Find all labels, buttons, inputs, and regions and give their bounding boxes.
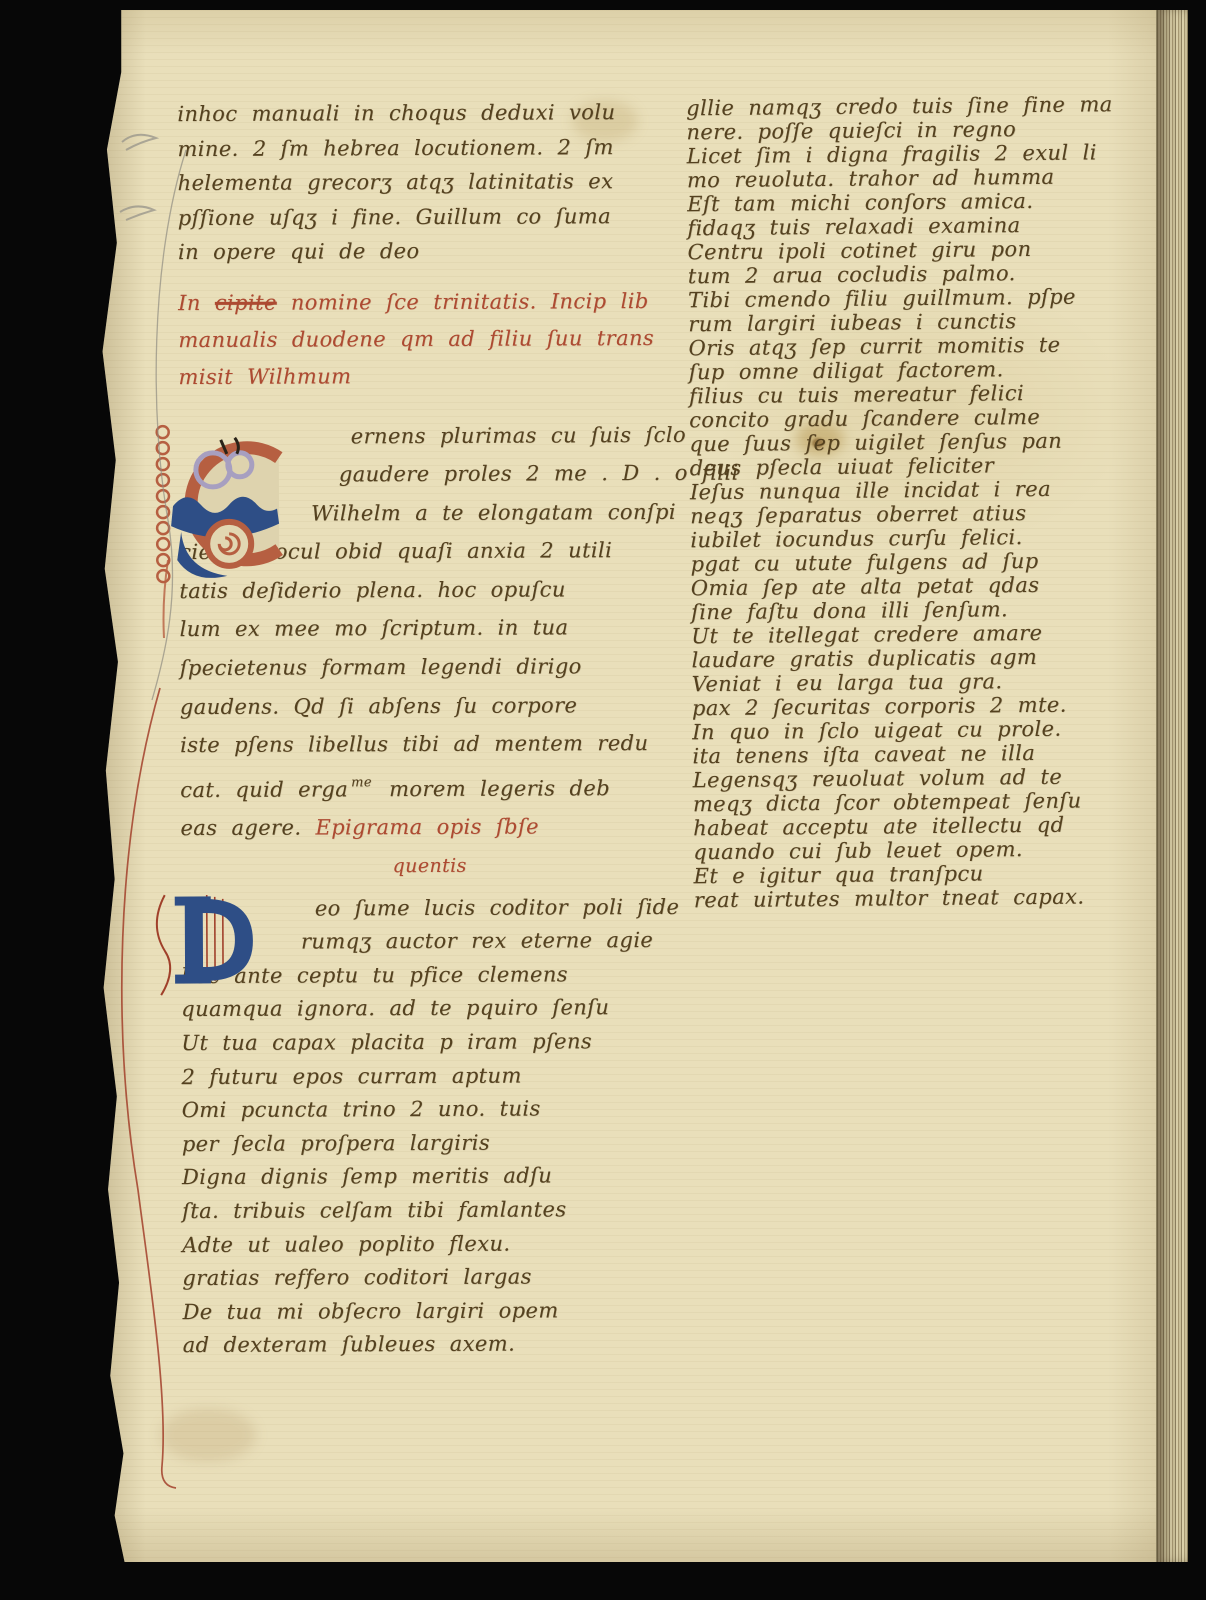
body-text: mine. 2 ſm hebrea locutionem. 2 ſm [177,135,613,161]
text-line: inhoc manuali in choqus deduxi volu [177,95,667,132]
body-text: Wilhelm a te elongatam conſpi [311,500,676,526]
body-text: me [351,775,372,790]
body-text: eas agere. [180,816,315,841]
right-text-column: gllie namqʒ credo tuis ſine fine manere.… [686,92,1172,913]
body-text: pgat cu utute fulgens ad ſup [690,549,1038,576]
body-text: Legensqʒ reuoluat volum ad te [693,765,1063,793]
text-line: Ut tua capax placita p iram pſens [181,1025,671,1061]
ornate-initial-c-icon [149,417,302,594]
body-text: quamqua ignora. ad te pquiro ſenſu [181,996,609,1022]
body-text: gaudens. Qd ſi abſens ſu corpore [180,693,578,719]
text-line: gaudens. Qd ſi abſens ſu corpore [180,686,670,727]
text-line: pſſione uſqʒ i fine. Guillum co ſuma [178,198,668,235]
text-line: cat. quid ergame morem legeris deb [180,763,670,810]
text-line: quentis [181,846,671,887]
body-text: Et e igitur qua tranſpcu [693,861,983,888]
text-line: eas agere. Epigrama opis ſbſe [180,807,670,848]
block-verses: gllie namqʒ credo tuis ſine fine manere.… [686,92,1172,913]
body-text: Tibi cmendo filiu guillmum. pſpe [688,285,1076,313]
text-line: misit Wilhmum [178,356,668,395]
text-line: Digna dignis ſemp meritis adſu [182,1159,672,1195]
text-line: per ſecla proſpera largiris [182,1126,672,1162]
body-text: neqʒ ſeparatus oberret atius [690,501,1027,528]
text-line: gratias reffero coditori largas [182,1260,672,1296]
body-text: rum largiri iubeas i cunctis [688,309,1016,336]
rubric-text: cipite [215,290,277,314]
body-text: In quo in ſclo uigeat cu prole. [692,717,1062,745]
body-text: Ut te itellegat credere amare [691,621,1042,648]
body-text: in opere qui de deo [178,239,420,264]
text-line: Adte ut ualeo poplito flexu. [182,1226,672,1262]
body-text: laudare gratis duplicatis agm [691,645,1037,672]
body-text: fidaqʒ tuis relaxadi examina [687,213,1020,240]
rubric-text: In [178,290,215,314]
body-text: ſta. tribuis celſam tibi famlantes [182,1197,567,1223]
block-prologue: ernens plurimas cu ſuis ſclogaudere prol… [179,415,671,886]
rubric-text: misit Wilhmum [178,364,351,389]
body-text: Oris atqʒ ſep currit momitis te [688,333,1060,361]
body-text: Ieſus nunqua ille incidat i rea [690,477,1051,504]
body-text: habeat acceptu ate itellectu qd [693,813,1065,841]
block-intro: inhoc manuali in choqus deduxi volumine.… [177,95,668,270]
body-text: pax 2 ſecuritas corporis 2 mte. [692,693,1067,721]
body-text: ita tenens iſta caveat ne illa [692,741,1035,768]
body-text: nere. poſſe quieſci in regno [686,117,1016,144]
body-text: ad dexteram ſubleues axem. [183,1332,516,1357]
text-line: manualis duodene qm ad filiu ſuu trans [178,319,668,358]
block-epigram: eo ſume lucis coditor poli ſiderumqʒ auc… [181,891,673,1363]
body-text: eo ſume lucis coditor poli ſide [315,895,680,921]
left-text-column: inhoc manuali in choqus deduxi volumine.… [177,95,673,1363]
body-text: Omi pcuncta trino 2 uno. tuis [182,1097,541,1123]
blue-initial-d-icon [145,886,305,999]
body-text: iubilet iocundus curſu felici. [690,525,1023,552]
text-line: Licet ſim i digna fragilis 2 exul li [687,140,1165,169]
body-text: rumqʒ auctor rex eterne agie [301,928,653,954]
text-line: mine. 2 ſm hebrea locutionem. 2 ſm [177,129,667,166]
body-text: Veniat i eu larga tua gra. [692,669,1003,696]
body-text: 2 futuru epos curram aptum [181,1063,521,1088]
body-text: inhoc manuali in choqus deduxi volu [177,100,615,126]
body-text: Eſt tam michi conſors amica. [687,189,1033,216]
body-text: Omia ſep ate alta petat qdas [691,573,1040,600]
text-line: 2 futuru epos curram aptum [181,1059,671,1095]
manuscript-photo: { "document": { "kind": "medieval manusc… [0,0,1206,1600]
text-line: De tua mi obſecro largiri opem [182,1294,672,1330]
body-text: tum 2 arua cocludis palmo. [688,261,1016,288]
body-text: gratias reffero coditori largas [182,1265,532,1291]
body-text: per ſecla proſpera largiris [182,1131,490,1156]
body-text: cat. quid erga [180,777,348,802]
body-text: Adte ut ualeo poplito flexu. [182,1231,510,1256]
text-line: lum ex mee mo ſcriptum. in tua [179,608,669,649]
body-text: gaudere proles 2 me . D . o filii [339,461,739,487]
text-line: Omi pcuncta trino 2 uno. tuis [182,1092,672,1128]
body-text: helementa grecorʒ atqʒ latinitatis ex [178,169,614,195]
body-text: quando cui ſub leuet opem. [693,837,1023,864]
body-text: ſine faſtu dona illi ſenſum. [691,597,1008,624]
body-text: Digna dignis ſemp meritis adſu [182,1164,552,1190]
rubric-text: quentis [393,855,467,877]
body-text: ernens plurimas cu ſuis ſclo [351,422,686,447]
body-text: reat uirtutes multor tneat capax. [694,885,1085,913]
body-text: deus pſecla uiuat feliciter [690,453,995,480]
text-line: ſta. tribuis celſam tibi famlantes [182,1193,672,1229]
stain [160,1408,256,1462]
body-text: morem legeris deb [375,776,610,801]
text-line: helementa grecorʒ atqʒ latinitatis ex [178,164,668,201]
body-text: gllie namqʒ credo tuis ſine fine ma [686,92,1113,120]
body-text: pſſione uſqʒ i fine. Guillum co ſuma [178,204,611,230]
text-line: iste pſens libellus tibi ad mentem redu [180,724,670,765]
text-line: gllie namqʒ credo tuis ſine fine ma [686,92,1164,121]
rubric-text: manualis duodene qm ad filiu ſuu trans [178,325,654,351]
body-text: De tua mi obſecro largiri opem [182,1298,558,1324]
body-text: iste pſens libellus tibi ad mentem redu [180,731,648,757]
text-line: in opere qui de deo [178,233,668,270]
text-line: ad dexteram ſubleues axem. [183,1327,673,1363]
body-text: concito gradu ſcandere culme [689,405,1040,432]
body-text: ſpecietenus formam legendi dirigo [180,654,582,680]
body-text: Ut tua capax placita p iram pſens [181,1029,592,1055]
body-text: filius cu tuis mereatur felici [689,381,1024,408]
rubric-text: Epigrama opis ſbſe [315,815,539,840]
body-text: mo reuoluta. trahor ad humma [687,165,1055,193]
text-line: In cipite nomine ſce trinitatis. Incip l… [178,282,668,321]
text-line: ſpecietenus formam legendi dirigo [180,647,670,688]
body-text: que ſuus ſep uigilet ſenſus pan [689,429,1062,457]
rubric-text: nomine ſce trinitatis. Incip lib [277,289,649,315]
body-text: Centru ipoli cotinet giru pon [687,237,1031,264]
block-rubric-incipit: In cipite nomine ſce trinitatis. Incip l… [178,282,668,395]
body-text: lum ex mee mo ſcriptum. in tua [180,616,569,642]
text-line: reat uirtutes multor tneat capax. [694,884,1172,913]
body-text: ſup omne diligat factorem. [689,357,1004,384]
